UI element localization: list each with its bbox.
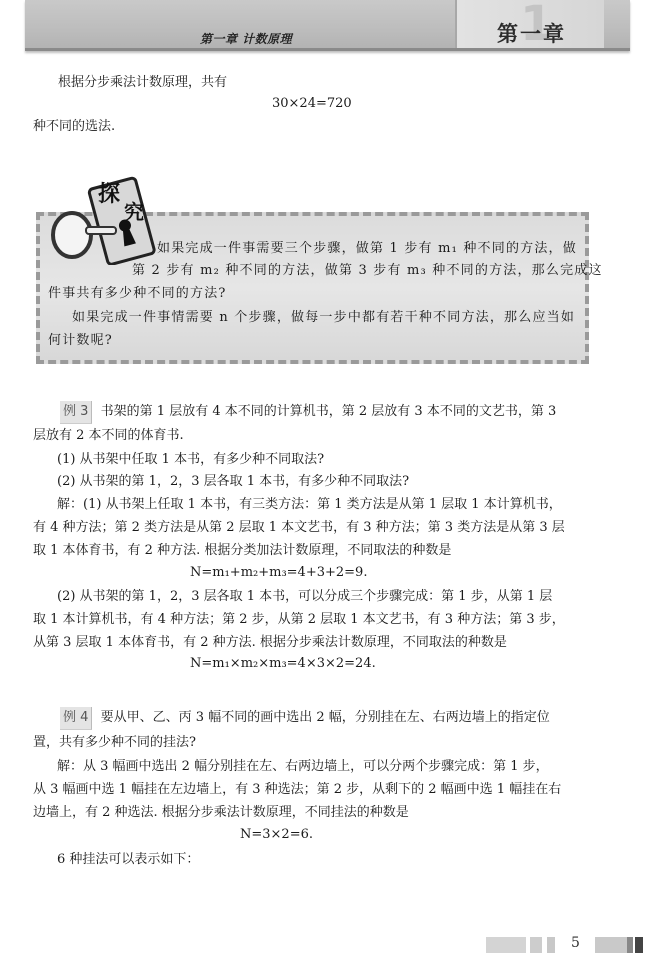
explore-line-3: 件事共有多少种不同的方法? — [48, 284, 227, 304]
example-4-solution-line-2: 从 3 幅画中选 1 幅挂在左边墙上，有 3 种选法；第 2 步，从剩下的 2 … — [33, 780, 561, 800]
footer-bar-decor — [486, 937, 526, 953]
running-title: 第一章 计数原理 — [200, 30, 292, 47]
example-4-formula: N=3×2=6. — [240, 827, 313, 842]
example-3-solution-1-line-3: 取 1 本体育书，有 2 种方法. 根据分类加法计数原理，不同取法的种数是 — [33, 541, 451, 561]
explore-line-1: 如果完成一件事需要三个步骤，做第 1 步有 m₁ 种不同的方法，做 — [157, 239, 577, 259]
footer-bar-decor — [595, 937, 627, 953]
example-4-line-1: 例 4 要从甲、乙、丙 3 幅不同的画中选出 2 幅，分别挂在左、右两边墙上的指… — [60, 707, 550, 730]
example-3-question-2: (2) 从书架的第 1，2，3 层各取 1 本书，有多少种不同取法? — [57, 472, 409, 492]
example-4-problem-2: 置，共有多少种不同的挂法? — [33, 733, 196, 753]
example-4-solution-line-3: 边墙上，有 2 种选法. 根据分步乘法计数原理，不同挂法的种数是 — [33, 803, 409, 823]
page-header: 第一章 计数原理 1 第一章 — [25, 0, 630, 51]
example-3-problem-2: 层放有 2 本不同的体育书. — [33, 426, 184, 446]
footer-bar-decor — [530, 937, 542, 953]
explore-line-5: 何计数呢? — [48, 331, 113, 351]
example-3-solution-2-line-1: (2) 从书架的第 1，2，3 层各取 1 本书，可以分成三个步骤完成：第 1 … — [57, 587, 552, 607]
intro-formula: 30×24=720 — [272, 96, 352, 111]
example-3-formula-1: N=m₁+m₂+m₃=4+3+2=9. — [190, 565, 367, 580]
explore-label-1: 探 — [98, 181, 120, 207]
intro-line-1: 根据分步乘法计数原理，共有 — [58, 73, 227, 93]
example-3-tag: 例 3 — [60, 401, 92, 424]
chapter-label: 第一章 — [497, 18, 566, 48]
example-4-tag: 例 4 — [60, 707, 92, 730]
page-number: 5 — [571, 935, 580, 951]
intro-line-2: 种不同的选法. — [33, 117, 115, 137]
example-4-problem-1: 要从甲、乙、丙 3 幅不同的画中选出 2 幅，分别挂在左、右两边墙上的指定位 — [101, 710, 550, 725]
explore-line-4: 如果完成一件事情需要 n 个步骤，做每一步中都有若干种不同方法，那么应当如 — [72, 308, 575, 328]
example-3-solution-2-line-2: 取 1 本计算机书，有 4 种方法；第 2 步，从第 2 层取 1 本文艺书，有… — [33, 610, 565, 630]
example-3-line-1: 例 3 书架的第 1 层放有 4 本不同的计算机书，第 2 层放有 3 本不同的… — [60, 401, 556, 424]
magnifier-keyhole-icon: 探 究 — [48, 175, 160, 265]
example-3-formula-2: N=m₁×m₂×m₃=4×3×2=24. — [190, 656, 376, 671]
chapter-tab: 1 第一章 — [455, 0, 604, 48]
example-4-solution-line-1: 解：从 3 幅画中选出 2 幅分别挂在左、右两边墙上，可以分两个步骤完成：第 1… — [57, 757, 549, 777]
example-3-problem-1: 书架的第 1 层放有 4 本不同的计算机书，第 2 层放有 3 本不同的文艺书，… — [101, 404, 557, 419]
footer-bar-decor — [635, 937, 643, 953]
example-3-question-1: (1) 从书架中任取 1 本书，有多少种不同取法? — [57, 450, 324, 470]
example-3-solution-1-line-2: 有 4 种方法；第 2 类方法是从第 2 层取 1 本文艺书，有 3 种方法；第… — [33, 518, 565, 538]
footer-bar-decor — [627, 937, 633, 953]
footer-bar-decor — [547, 937, 555, 953]
explore-label-2: 究 — [124, 200, 144, 224]
example-3-solution-2-line-3: 从第 3 层取 1 本体育书，有 2 种方法. 根据分步乘法计数原理，不同取法的… — [33, 633, 507, 653]
example-3-solution-1-line-1: 解：(1) 从书架上任取 1 本书，有三类方法：第 1 类方法是从第 1 层取 … — [57, 495, 562, 515]
explore-line-2: 第 2 步有 m₂ 种不同的方法，做第 3 步有 m₃ 种不同的方法，那么完成这 — [132, 261, 603, 281]
example-4-closing: 6 种挂法可以表示如下： — [57, 850, 199, 870]
